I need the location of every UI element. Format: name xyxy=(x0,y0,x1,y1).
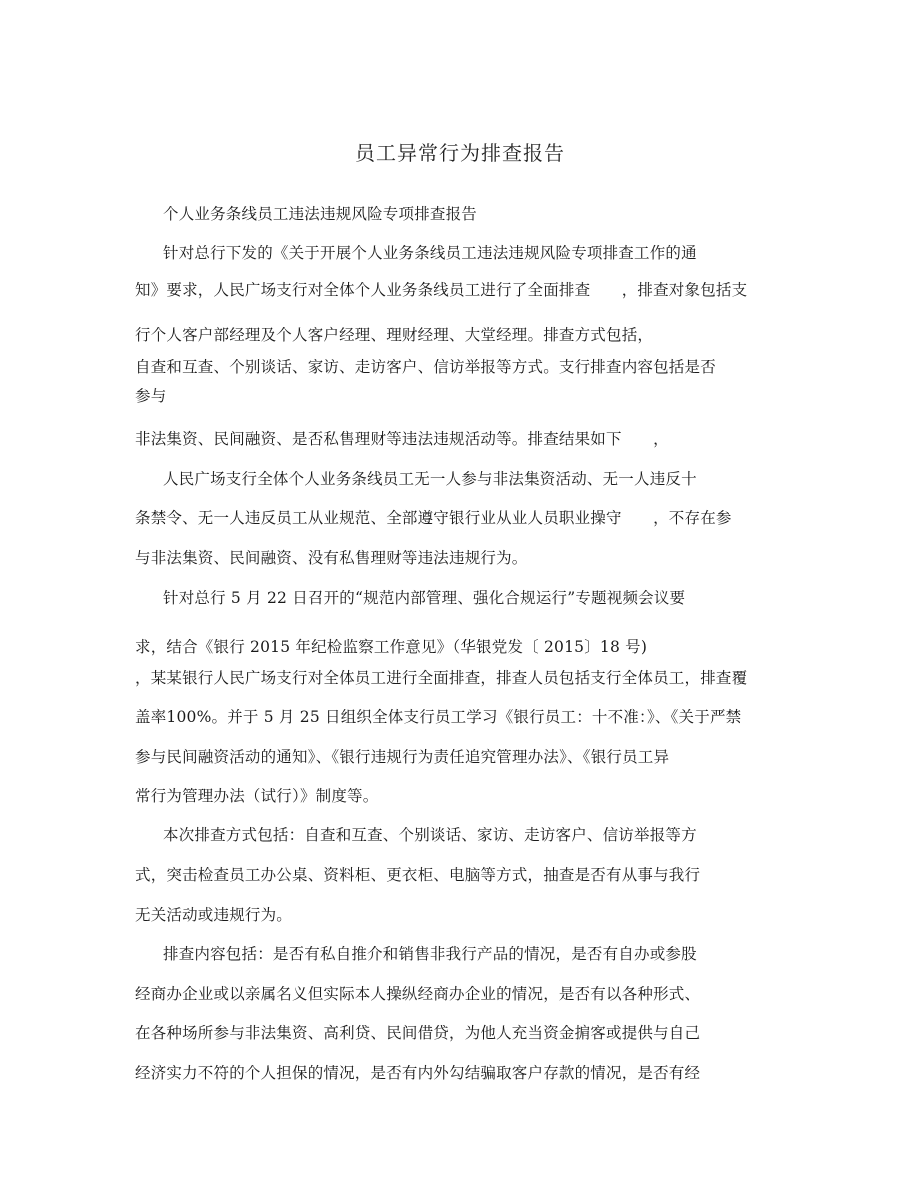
paragraph-line: 人民广场支行全体个人业务条线员工无一人参与非法集资活动、无一人违反十 xyxy=(163,469,697,489)
document-subtitle: 个人业务条线员工违法违规风险专项排查报告 xyxy=(163,204,477,224)
paragraph-line: 式，突击检查员工办公桌、资料柜、更衣柜、电脑等方式，抽查是否有从事与我行 xyxy=(135,865,700,885)
paragraph-line: 求，结合《银行 2015 年纪检监察工作意见》（华银党发〔 2015〕18 号) xyxy=(135,637,647,657)
paragraph-line: 与非法集资、民间融资、没有私售理财等违法违规行为。 xyxy=(135,548,528,568)
paragraph-line: 在各种场所参与非法集资、高利贷、民间借贷，为他人充当资金掮客或提供与自己 xyxy=(135,1023,700,1043)
paragraph-line: 本次排查方式包括：自查和互查、个别谈话、家访、走访客户、信访举报等方 xyxy=(163,825,697,845)
paragraph-line: 条禁令、无一人违反员工从业规范、全部遵守银行业从业人员职业操守 ，不存在参 xyxy=(135,508,732,528)
paragraph-line: 盖率100%。并于 5 月 25 日组织全体支行员工学习《银行员工：十不准：》、… xyxy=(135,707,741,727)
document-title: 员工异常行为排查报告 xyxy=(0,141,920,165)
paragraph-line: 经商办企业或以亲属名义但实际本人操纵经商办企业的情况，是否有以各种形式、 xyxy=(135,984,700,1004)
paragraph-line: 针对总行下发的《关于开展个人业务条线员工违法违规风险专项排查工作的通 xyxy=(163,243,697,263)
paragraph-line: 经济实力不符的个人担保的情况，是否有内外勾结骗取客户存款的情况，是否有经 xyxy=(135,1063,700,1083)
paragraph-line: 针对总行 5 月 22 日召开的“规范内部管理、强化合规运行”专题视频会议要 xyxy=(163,588,685,608)
paragraph-line: 知》要求，人民广场支行对全体个人业务条线员工进行了全面排查 ，排查对象包括支 xyxy=(135,280,747,300)
paragraph-line: 常行为管理办法（试行）》制度等。 xyxy=(135,786,378,806)
paragraph-line: 参与 xyxy=(135,386,166,406)
document-page: 员工异常行为排查报告 个人业务条线员工违法违规风险专项排查报告 针对总行下发的《… xyxy=(0,0,920,1192)
paragraph-line: 自查和互查、个别谈话、家访、走访客户、信访举报等方式。支行排查内容包括是否 xyxy=(135,357,716,377)
paragraph-line: 排查内容包括：是否有私自推介和销售非我行产品的情况，是否有自办或参股 xyxy=(163,944,697,964)
paragraph-line: 无关活动或违规行为。 xyxy=(135,905,292,925)
paragraph-line: 参与民间融资活动的通知》、《银行违规行为责任追究管理办法》、《银行员工异 xyxy=(135,747,669,767)
paragraph-line: ，某某银行人民广场支行对全体员工进行全面排查，排查人员包括支行全体员工，排查覆 xyxy=(135,668,747,688)
paragraph-line: 非法集资、民间融资、是否私售理财等违法违规活动等。排查结果如下 ， xyxy=(135,429,669,449)
paragraph-line: 行个人客户部经理及个人客户经理、理财经理、大堂经理。排查方式包括， xyxy=(135,325,653,345)
